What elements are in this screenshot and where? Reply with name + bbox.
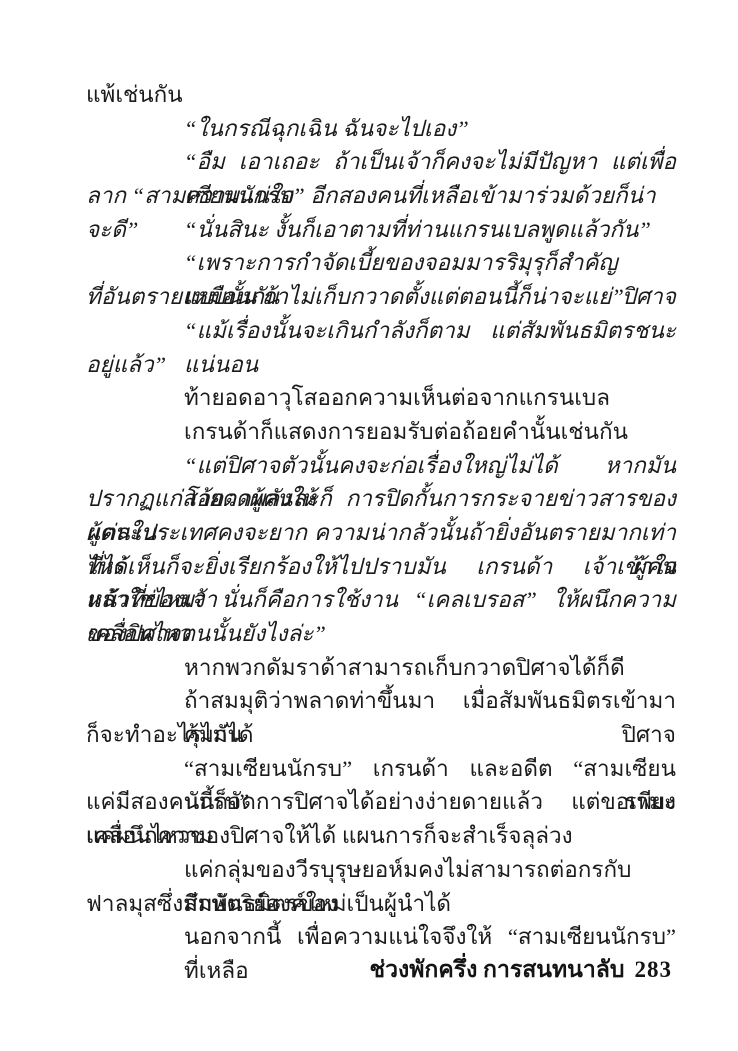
book-page: แพ้เช่นกัน“ในกรณีฉุกเฉิน ฉันจะไปเอง”“อืม… [0, 0, 738, 1051]
text-line: หากพวกดัมราด้าสามารถเก็บกวาดปิศาจได้ก็ดี [86, 651, 676, 685]
page-footer: ช่วงพักครึ่ง การสนทนาลับ283 [369, 953, 672, 987]
text-line: “นั่นสินะ งั้นก็เอาตามที่ท่านแกรนเบลพูดแ… [86, 213, 676, 247]
text-line: เกรนด้าก็แสดงการยอมรับต่อถ้อยคำนั้นเช่นก… [86, 415, 676, 449]
text-line: “แม้เรื่องนั้นจะเกินกำลังก็ตาม แต่สัมพัน… [86, 314, 676, 348]
text-line: ท้ายอดอาวุโสออกความเห็นต่อจากแกรนเบล [86, 381, 676, 415]
text-line: “สามเซียนนักรบ” เกรนด้า และอดีต “สามเซีย… [86, 752, 676, 786]
text-line: ของปิศาจตนนั้นยังไงล่ะ” [86, 617, 676, 651]
text-line: แค่กลุ่มของวีรบุรุษยอห์มคงไม่สามารถต่อกร… [86, 853, 676, 887]
text-line: แพ้เช่นกัน [86, 78, 676, 112]
page-number: 283 [635, 957, 673, 982]
text-line: ที่ได้เห็นก็จะยิ่งเรียกร้องให้ไปปราบมัน … [86, 550, 676, 584]
text-line: แต่ละประเทศคงจะยาก ความน่ากลัวนั้นถ้ายิ่… [86, 516, 676, 550]
text-line: ฟาลมุสซึ่งมีกษัตริย์องค์ใหม่เป็นผู้นำได้ [86, 887, 676, 921]
text-line: “อืม เอาเถอะ ถ้าเป็นเจ้าก็คงจะไม่มีปัญหา… [86, 145, 676, 179]
chapter-title: ช่วงพักครึ่ง การสนทนาลับ [369, 957, 624, 982]
text-line: ถ้าสมมุติว่าพลาดท่าขึ้นมา เมื่อสัมพันธมิ… [86, 684, 676, 718]
text-line: เคลื่อนไหวของปิศาจให้ได้ แผนการก็จะสำเร็… [86, 819, 676, 853]
text-line: “แต่ปิศาจตัวนั้นคงจะก่อเรื่องใหญ่ไม่ได้ … [86, 449, 676, 483]
text-line: อยู่แล้ว” [86, 348, 676, 382]
text-line: ที่อันตรายแบบนั้น ถ้าไม่เก็บกวาดตั้งแต่ต… [86, 280, 676, 314]
text-line: นอกจากนี้ เพื่อความแน่ใจจึงให้ “สามเซียน… [86, 920, 676, 954]
text-line: แค่มีสองคนนี้ก็จัดการปิศาจได้อย่างง่ายดา… [86, 785, 676, 819]
body-text: แพ้เช่นกัน“ในกรณีฉุกเฉิน ฉันจะไปเอง”“อืม… [86, 78, 676, 954]
text-line: “ในกรณีฉุกเฉิน ฉันจะไปเอง” [86, 112, 676, 146]
text-line: “เพราะการกำจัดเบี้ยของจอมมารริมุรุก็สำคั… [86, 246, 676, 280]
text-line: ปรากฏแก่สายตาผู้คนละก็ การปิดกั้นการกระจ… [86, 482, 676, 516]
text-line: ลาก “สามเซียนนักรบ” อีกสองคนที่เหลือเข้า… [86, 179, 676, 213]
text-line: แล้วใช่ไหม? นั่นก็คือการใช้งาน “เคลเบรอส… [86, 583, 676, 617]
